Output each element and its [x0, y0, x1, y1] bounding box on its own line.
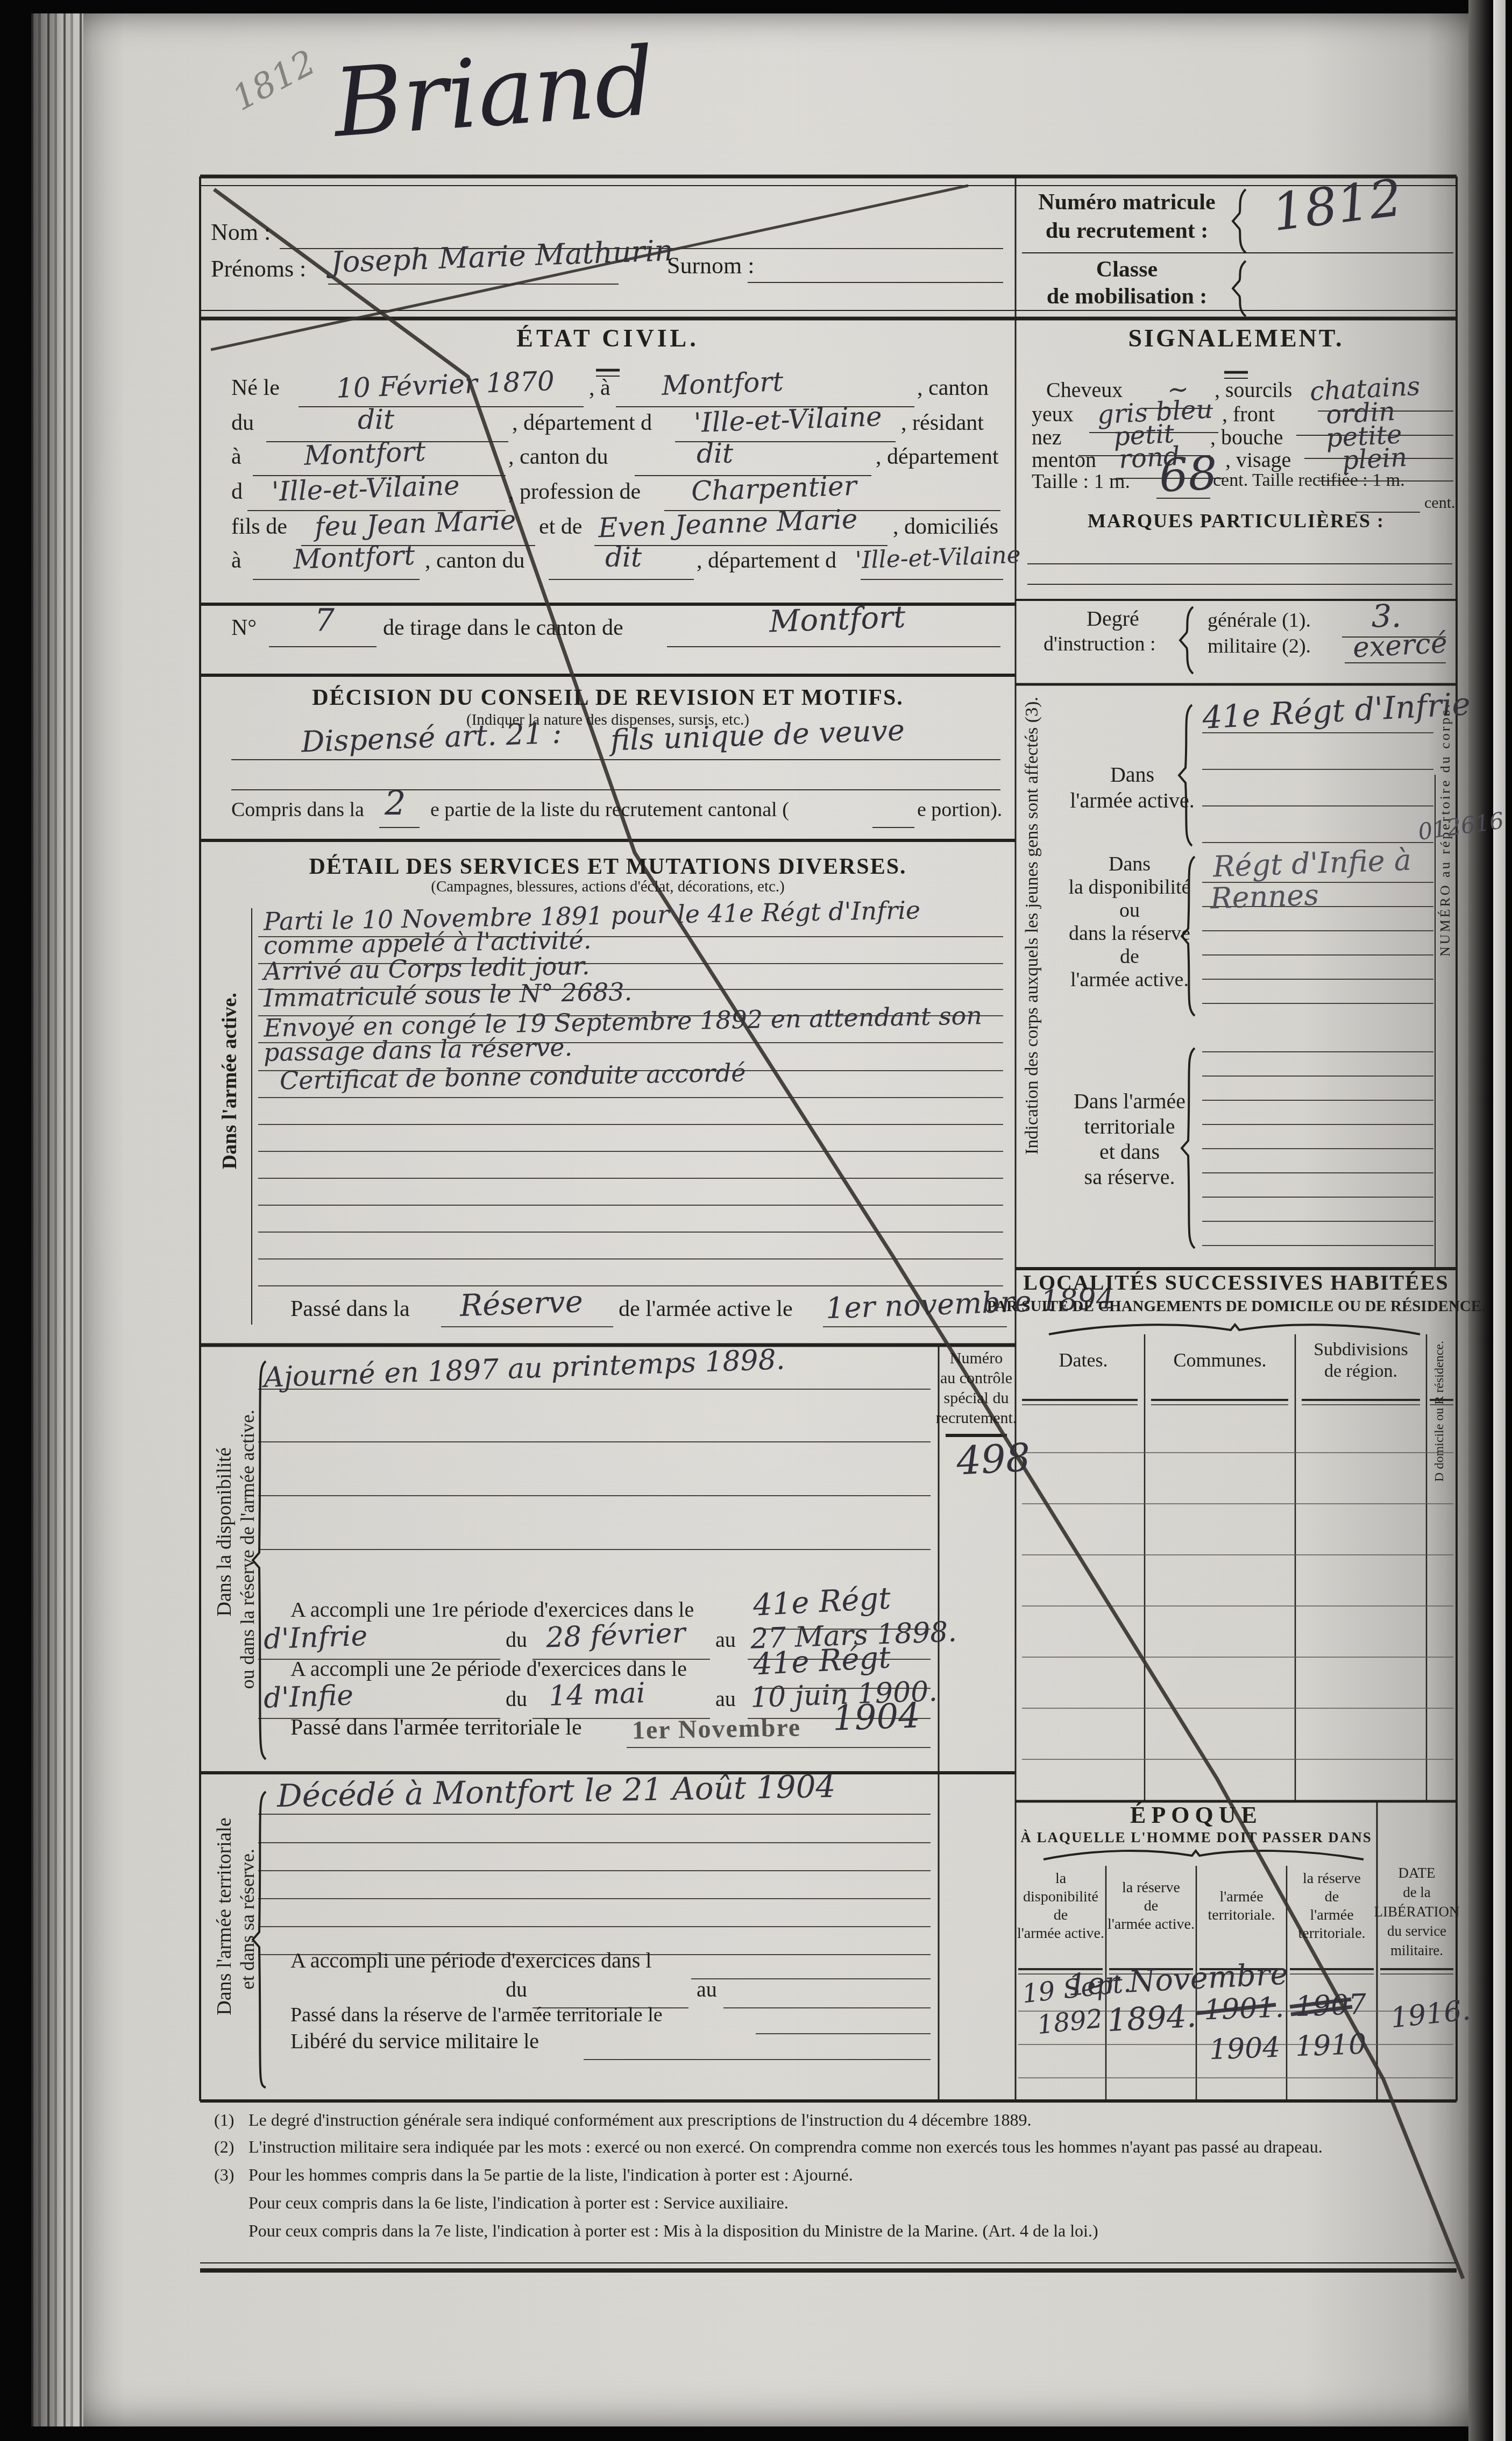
sourcils-label: , sourcils: [1215, 379, 1292, 401]
periode2-au-label: au: [715, 1688, 736, 1710]
epoque-date-header: de la: [1403, 1885, 1431, 1900]
et-de-label: et de: [539, 515, 582, 538]
footnote-text: Pour ceux compris dans la 7e liste, l'in…: [249, 2222, 1098, 2239]
terr-au-label: au: [697, 1979, 717, 2000]
taille-rectifiee-label: cent. Taille rectifiée : 1 m.: [1213, 471, 1405, 490]
service-entry: Certificat de bonne conduite accordé: [280, 1060, 746, 1093]
corps-active-label-1: Dans: [1110, 764, 1154, 786]
corps-active-label-2: l'armée active.: [1070, 790, 1195, 811]
sidebar-territoriale-2: et dans sa réserve.: [238, 1849, 257, 1990]
footnote-text: Pour les hommes compris dans la 5e parti…: [249, 2166, 853, 2183]
libere-label: Libéré du service militaire le: [290, 2030, 539, 2052]
deces-entry: Décédé à Montfort le 21 Août 1904: [277, 1771, 836, 1812]
services-subtitle: (Campagnes, blessures, actions d'éclat, …: [431, 879, 785, 895]
prenoms-label: Prénoms :: [211, 257, 306, 281]
footnote-text: Le degré d'instruction générale sera ind…: [249, 2111, 1032, 2128]
passe-reserve-value-1: Réserve: [459, 1287, 584, 1321]
epoque-col4-header: de: [1325, 1890, 1339, 1905]
degre-label-2: d'instruction :: [1044, 634, 1155, 654]
surname-script: Briand: [331, 34, 658, 151]
periode1-au-label: au: [715, 1629, 736, 1651]
col-header-domicile-residence: D domicile ou R résidence.: [1433, 1341, 1446, 1482]
controle-label-4: recrutement.: [936, 1410, 1017, 1426]
controle-label-1: Numéro: [950, 1350, 1003, 1367]
services-title: DÉTAIL DES SERVICES ET MUTATIONS DIVERSE…: [309, 855, 906, 878]
controle-label-2: au contrôle: [940, 1370, 1012, 1386]
visage-value: plein: [1341, 444, 1408, 473]
compris-label-3: e portion).: [917, 799, 1002, 820]
a-label-2: à: [231, 445, 242, 468]
etat-civil-title: ÉTAT CIVIL.: [516, 326, 699, 351]
departement-label-1: , département d: [512, 412, 652, 434]
epoque-date-header: LIBÉRATION: [1374, 1905, 1460, 1919]
periode2-label: A accompli une 2e période d'exercices da…: [290, 1658, 687, 1680]
residence-value: Montfort: [303, 438, 426, 469]
corps-dispo-label: ou: [1119, 900, 1140, 921]
periode1-infanterie: d'Infrie: [263, 1622, 368, 1654]
epoque-date-header: militaire.: [1390, 1943, 1443, 1958]
periode2-debut: 14 mai: [548, 1679, 645, 1710]
sidebar-disponibilite-2: ou dans la réserve de l'armée active.: [238, 1410, 257, 1689]
signalement-title: SIGNALEMENT.: [1128, 326, 1344, 351]
passe-reserve-label-1: Passé dans la: [290, 1298, 410, 1320]
birth-place-value: Montfort: [661, 368, 784, 399]
date-stamp: 1er Novembre: [632, 1715, 801, 1743]
canton-du-label: , canton du: [508, 445, 608, 468]
corps-dispo-label: dans la réserve: [1069, 923, 1190, 944]
tirage-text: de tirage dans le canton de: [383, 617, 623, 639]
service-entry: passage dans la réserve.: [264, 1035, 573, 1065]
fils-de-label: fils de: [231, 515, 287, 538]
corps-terr-label: et dans: [1099, 1141, 1160, 1163]
du-label-1: du: [231, 412, 254, 434]
epoque-col1-header: la: [1055, 1871, 1066, 1886]
footnote-number: (1): [214, 2111, 234, 2128]
periode2-regiment: 41e Régt: [753, 1643, 891, 1680]
tirage-number-value: 7: [315, 605, 335, 636]
nez-label: nez: [1032, 427, 1062, 448]
localites-title: LOCALITÉS SUCCESSIVES HABITÉES: [1023, 1272, 1449, 1293]
periode1-debut: 28 février: [545, 1619, 686, 1652]
corps-dispo-label: l'armée active.: [1070, 970, 1189, 990]
corps-terr-label: Dans l'armée: [1074, 1091, 1186, 1112]
visage-label: , visage: [1225, 449, 1291, 471]
classe-label-2: de mobilisation :: [1047, 285, 1208, 308]
departement-label-3: , département d: [697, 549, 836, 572]
canton-dit-value-3: dit: [605, 544, 642, 571]
departement-value-2: 'Ille-et-Vilaine: [271, 472, 460, 505]
taille-label: Taille : 1 m.: [1032, 471, 1130, 492]
classe-label-1: Classe: [1096, 258, 1158, 281]
epoque-col2-header: de: [1144, 1899, 1158, 1914]
epoque-dispo-value-2: 1892: [1036, 2006, 1104, 2039]
ne-le-label: Né le: [231, 377, 280, 399]
periode1-regiment: 41e Régt: [753, 1583, 891, 1621]
a-label-1: , à: [589, 377, 611, 399]
nom-label: Nom :: [211, 221, 271, 244]
corps-terr-label: territoriale: [1084, 1116, 1175, 1137]
epoque-subtitle: À LAQUELLE L'HOMME DOIT PASSER DANS: [1020, 1830, 1372, 1845]
degre-label-1: Degré: [1087, 608, 1139, 629]
militaire-label: militaire (2).: [1208, 636, 1311, 656]
form-rules-overlay: [0, 0, 1512, 2441]
epoque-date-header: DATE: [1399, 1866, 1436, 1880]
epoque-reserve-terr-value: 1910: [1295, 2030, 1367, 2061]
passe-territoriale-annee: 1904: [832, 1699, 921, 1736]
epoque-col4-header: territoriale.: [1298, 1926, 1365, 1941]
passe-reserve-label-2: de l'armée active le: [619, 1298, 793, 1320]
sidebar-territoriale-1: Dans l'armée territoriale: [214, 1817, 235, 2015]
matricule-label-1: Numéro matricule: [1038, 191, 1215, 214]
taille-cent-label: cent.: [1424, 495, 1455, 511]
localites-subtitle: PAR SUITE DE CHANGEMENTS DE DOMICILE OU …: [987, 1299, 1486, 1314]
epoque-col3-header: l'armée: [1219, 1890, 1263, 1905]
epoque-col4-header: l'armée: [1310, 1908, 1353, 1923]
corps-dispo-label: la disponibilité: [1069, 877, 1191, 897]
epoque-col2-header: l'armée active.: [1108, 1917, 1195, 1932]
taille-value: 68: [1158, 450, 1218, 499]
liberation-date-value: 1916.: [1389, 1996, 1472, 2032]
controle-label-3: spécial du: [944, 1390, 1009, 1406]
matricule-label-2: du recrutement :: [1046, 220, 1208, 242]
epoque-territoriale-raye: 1901.: [1203, 1993, 1284, 2024]
epoque-reserve-value-2: 1894.: [1106, 2000, 1197, 2036]
controle-value: 498: [955, 1438, 1031, 1480]
corps-dispo-value-2: Rennes: [1210, 880, 1319, 913]
footnote-number: (3): [214, 2166, 234, 2183]
epoque-title: ÉPOQUE: [1130, 1803, 1262, 1827]
corps-dispo-label: Dans: [1109, 854, 1151, 874]
yeux-label: yeux: [1032, 404, 1074, 425]
tirage-canton-value: Montfort: [769, 603, 906, 638]
compris-label-2: e partie de la liste du recrutement cant…: [430, 799, 789, 820]
decision-title: DÉCISION DU CONSEIL DE REVISION ET MOTIF…: [312, 687, 904, 709]
departement-value-1: 'Ille-et-Vilaine: [693, 403, 882, 436]
canton-label-1: , canton: [917, 377, 989, 399]
epoque-col3-header: territoriale.: [1208, 1908, 1275, 1923]
decision-value-1: Dispensé art. 21 :: [301, 719, 562, 757]
residant-label: , résidant: [901, 412, 984, 434]
service-entry: Immatriculé sous le N° 2683.: [264, 979, 633, 1010]
epoque-col2-header: la réserve: [1122, 1880, 1180, 1895]
militaire-value: exercé: [1352, 629, 1448, 662]
corps-dispo-label: de: [1120, 946, 1139, 967]
sidebar-armee-active: Dans l'armée active.: [219, 993, 240, 1169]
canton-dit-value-2: dit: [697, 440, 733, 467]
terr-periode-label: A accompli une période d'exercices dans …: [290, 1950, 651, 1971]
front-label: , front: [1222, 404, 1275, 425]
generale-value: 3.: [1372, 600, 1401, 632]
col-header-communes: Communes.: [1173, 1350, 1266, 1370]
birth-date-value: 10 Février 1870: [336, 367, 555, 402]
matricule-value: 1812: [1269, 173, 1405, 239]
compris-partie-value: 2: [385, 787, 406, 820]
periode1-du-label: du: [506, 1629, 527, 1651]
footnote-text: Pour ceux compris dans la 6e liste, l'in…: [249, 2194, 789, 2211]
footnote-text: L'instruction militaire sera indiquée pa…: [249, 2138, 1323, 2155]
col-header-subdivisions-1: Subdivisions: [1314, 1341, 1408, 1359]
epoque-reserve-terr-raye: 1907: [1295, 1991, 1367, 2021]
footnote-number: (2): [214, 2138, 234, 2155]
epoque-col1-header: de: [1054, 1908, 1068, 1923]
departement-value-3: 'Ille-et-Vilaine: [855, 543, 1021, 573]
father-value: feu Jean Marie: [314, 506, 516, 540]
corps-terr-label: sa réserve.: [1084, 1166, 1175, 1188]
departement-label-2: , département: [876, 445, 999, 468]
col-header-subdivisions-2: de région.: [1324, 1362, 1397, 1381]
profession-value: Charpentier: [691, 472, 857, 505]
bouche-label: , bouche: [1210, 427, 1283, 448]
a-label-3: à: [231, 549, 242, 572]
periode2-du-label: du: [506, 1688, 527, 1710]
periode2-infanterie: d'Infie: [263, 1681, 354, 1713]
canton-du-label-2: , canton du: [425, 549, 524, 572]
epoque-col1-header: l'armée active.: [1017, 1926, 1104, 1941]
profession-label: , profession de: [508, 480, 641, 503]
generale-label: générale (1).: [1208, 610, 1311, 631]
d-label: d: [231, 480, 243, 503]
marques-label: MARQUES PARTICULIÈRES :: [1088, 511, 1385, 530]
passe-territoriale-label: Passé dans l'armée territoriale le: [290, 1716, 582, 1739]
epoque-date-header: du service: [1387, 1924, 1446, 1938]
epoque-col4-header: la réserve: [1303, 1871, 1361, 1886]
military-record-scan: 1812 Briand Nom : Prénoms : Joseph Marie…: [0, 0, 1512, 2441]
sidebar-corps-affectes: Indication des corps auxquels les jeunes…: [1023, 697, 1041, 1155]
domicilies-label: , domiciliés: [893, 515, 998, 538]
col-header-dates: Dates.: [1059, 1350, 1108, 1370]
epoque-territoriale-value: 1904: [1209, 2034, 1281, 2064]
terr-du-label: du: [506, 1979, 527, 2000]
menton-label: menton: [1032, 449, 1096, 471]
tirage-no-label: N°: [231, 617, 257, 639]
canton-dit-value-1: dit: [358, 406, 394, 433]
cheveux-label: Cheveux: [1046, 379, 1123, 401]
compris-label-1: Compris dans la: [231, 799, 364, 820]
epoque-col1-header: disponibilité: [1023, 1890, 1098, 1905]
domicile-value: Montfort: [293, 542, 415, 573]
surnom-label: Surnom :: [667, 254, 755, 278]
corps-dispo-value-1: Régt d'Infie à: [1212, 846, 1412, 882]
terr-reserve-label: Passé dans la réserve de l'armée territo…: [290, 2005, 663, 2025]
periode1-label: A accompli une 1re période d'exercices d…: [290, 1599, 694, 1621]
sidebar-disponibilite-1: Dans la disponibilité: [214, 1447, 235, 1617]
